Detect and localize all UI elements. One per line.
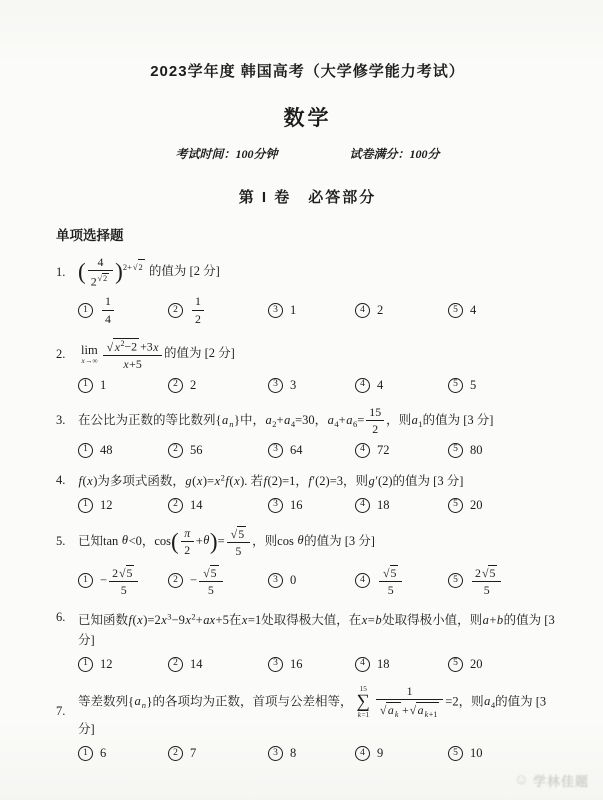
option-value: 2√55 (470, 565, 503, 597)
option-value: 14 (100, 295, 116, 325)
option-marker: 3 (268, 657, 283, 672)
exam-meta: 考试时间：100分钟 试卷满分：100分 (56, 145, 559, 162)
q3-option-1: 148 (78, 443, 168, 458)
option-value: 72 (377, 443, 390, 458)
option-marker: 3 (268, 378, 283, 393)
options-row: 112214316418520 (56, 498, 559, 513)
q4-option-2: 214 (168, 498, 268, 513)
options-row: 1122334455 (56, 378, 559, 393)
option-value: 80 (470, 443, 483, 458)
q1-option-4: 42 (355, 303, 448, 318)
q1-option-2: 212 (168, 295, 268, 325)
question-stem-row: 4. f(x)为多项式函数，g(x)=x2f(x). 若f(2)=1，f′(2)… (56, 471, 559, 491)
question-stem-row: 7. 等差数列{an}的各项均为正数，首项与公差相等，15∑k=11√ak+√a… (56, 685, 559, 740)
question-stem-row: 5. 已知tan θ<0，cos(π2+θ)=√55，则cos θ的值为 [3 … (56, 526, 559, 558)
option-marker: 3 (268, 303, 283, 318)
option-marker: 2 (168, 573, 183, 588)
option-value: 18 (377, 498, 390, 513)
option-value: 14 (190, 657, 203, 672)
option-value: 3 (290, 378, 296, 393)
question-4: 4. f(x)为多项式函数，g(x)=x2f(x). 若f(2)=1，f′(2)… (56, 471, 559, 513)
question-stem: 在公比为正数的等比数列{an}中，a2+a4=30，a4+a6=152，则a1的… (78, 406, 559, 436)
q4-option-4: 418 (355, 498, 448, 513)
question-7: 7. 等差数列{an}的各项均为正数，首项与公差相等，15∑k=11√ak+√a… (56, 685, 559, 762)
q2-option-4: 44 (355, 378, 448, 393)
option-marker: 5 (448, 303, 463, 318)
option-marker: 3 (268, 746, 283, 761)
exam-title: 2023学年度 韩国高考（大学修学能力考试） (56, 60, 559, 81)
option-value: 16 (290, 498, 303, 513)
question-number: 7. (56, 704, 78, 719)
q6-option-1: 112 (78, 657, 168, 672)
option-value: 10 (470, 746, 483, 761)
option-value: 0 (290, 573, 296, 588)
question-stem: 等差数列{an}的各项均为正数，首项与公差相等，15∑k=11√ak+√ak+1… (78, 685, 559, 740)
q3-option-5: 580 (448, 443, 483, 458)
question-number: 1. (56, 265, 78, 280)
option-marker: 2 (168, 657, 183, 672)
option-marker: 2 (168, 378, 183, 393)
option-value: 2 (377, 303, 383, 318)
question-number: 5. (56, 534, 78, 549)
question-2: 2. limx→∞√x2−2+3xx+5的值为 [2 分] 1122334455 (56, 338, 559, 392)
q2-option-1: 11 (78, 378, 168, 393)
option-marker: 2 (168, 746, 183, 761)
option-value: 9 (377, 746, 383, 761)
exam-page: 2023学年度 韩国高考（大学修学能力考试） 数学 考试时间：100分钟 试卷满… (0, 0, 603, 800)
option-marker: 5 (448, 498, 463, 513)
question-6: 6. 已知函数f(x)=2x3−9x2+ax+5在x=1处取得极大值，在x=b处… (56, 610, 559, 672)
q5-option-4: 4√55 (355, 565, 448, 597)
option-value: 7 (190, 746, 196, 761)
question-stem: limx→∞√x2−2+3xx+5的值为 [2 分] (78, 338, 559, 370)
question-stem: 已知函数f(x)=2x3−9x2+ax+5在x=1处取得极大值，在x=b处取得极… (78, 610, 559, 650)
q7-option-5: 510 (448, 746, 483, 761)
option-marker: 3 (268, 443, 283, 458)
option-marker: 1 (78, 573, 93, 588)
options-row: 16273849510 (56, 746, 559, 761)
q7-option-2: 27 (168, 746, 268, 761)
q6-option-4: 418 (355, 657, 448, 672)
option-value: 1 (290, 303, 296, 318)
question-5: 5. 已知tan θ<0，cos(π2+θ)=√55，则cos θ的值为 [3 … (56, 526, 559, 597)
option-marker: 5 (448, 378, 463, 393)
option-value: −√55 (190, 565, 225, 597)
option-value: −2√55 (100, 565, 140, 597)
q5-option-2: 2−√55 (168, 565, 268, 597)
question-stem: f(x)为多项式函数，g(x)=x2f(x). 若f(2)=1，f′(2)=3，… (78, 471, 559, 491)
q3-option-3: 364 (268, 443, 355, 458)
option-value: 16 (290, 657, 303, 672)
question-3: 3. 在公比为正数的等比数列{an}中，a2+a4=30，a4+a6=152，则… (56, 406, 559, 458)
question-number: 4. (56, 473, 78, 488)
question-stem: (42√2)2+√2 的值为 [2 分] (78, 256, 559, 288)
exam-time: 考试时间：100分钟 (175, 145, 277, 162)
q4-option-1: 112 (78, 498, 168, 513)
option-marker: 2 (168, 443, 183, 458)
option-marker: 4 (355, 443, 370, 458)
option-marker: 4 (355, 498, 370, 513)
watermark-text: 学林佳题 (533, 771, 589, 790)
q7-option-1: 16 (78, 746, 168, 761)
option-marker: 4 (355, 378, 370, 393)
full-score: 试卷满分：100分 (350, 145, 440, 162)
option-marker: 2 (168, 498, 183, 513)
q1-option-5: 54 (448, 303, 476, 318)
option-value: 12 (100, 657, 113, 672)
option-value: 64 (290, 443, 303, 458)
option-marker: 5 (448, 657, 463, 672)
q7-option-4: 49 (355, 746, 448, 761)
question-stem: 已知tan θ<0，cos(π2+θ)=√55，则cos θ的值为 [3 分] (78, 526, 559, 558)
option-value: 12 (190, 295, 206, 325)
question-stem-row: 2. limx→∞√x2−2+3xx+5的值为 [2 分] (56, 338, 559, 370)
option-marker: 1 (78, 498, 93, 513)
options-row: 148256364472580 (56, 443, 559, 458)
option-value: 8 (290, 746, 296, 761)
q5-option-5: 52√55 (448, 565, 503, 597)
question-stem-row: 3. 在公比为正数的等比数列{an}中，a2+a4=30，a4+a6=152，则… (56, 406, 559, 436)
q1-option-1: 114 (78, 295, 168, 325)
option-marker: 2 (168, 303, 183, 318)
options-row: 1−2√552−√55304√5552√55 (56, 565, 559, 597)
q7-option-3: 38 (268, 746, 355, 761)
option-marker: 5 (448, 746, 463, 761)
option-value: 18 (377, 657, 390, 672)
option-marker: 5 (448, 443, 463, 458)
question-1: 1. (42√2)2+√2 的值为 [2 分] 114212314254 (56, 256, 559, 325)
option-value: 56 (190, 443, 203, 458)
question-stem-row: 1. (42√2)2+√2 的值为 [2 分] (56, 256, 559, 288)
option-marker: 4 (355, 746, 370, 761)
subject-title: 数学 (56, 102, 559, 132)
option-marker: 1 (78, 746, 93, 761)
q6-option-3: 316 (268, 657, 355, 672)
q2-option-5: 55 (448, 378, 476, 393)
question-number: 3. (56, 413, 78, 428)
q6-option-5: 520 (448, 657, 483, 672)
option-marker: 5 (448, 573, 463, 588)
watermark: ☺ 学林佳题 (514, 771, 589, 790)
q1-option-3: 31 (268, 303, 355, 318)
subsection-title: 单项选择题 (56, 224, 559, 244)
option-value: 20 (470, 498, 483, 513)
q5-option-3: 30 (268, 573, 355, 588)
option-value: 12 (100, 498, 113, 513)
option-value: 48 (100, 443, 113, 458)
questions-list: 1. (42√2)2+√2 的值为 [2 分] 114212314254 2. … (56, 256, 559, 761)
option-value: 6 (100, 746, 106, 761)
question-number: 2. (56, 347, 78, 362)
question-number: 6. (56, 610, 78, 625)
option-marker: 3 (268, 498, 283, 513)
option-value: 5 (470, 378, 476, 393)
option-value: 14 (190, 498, 203, 513)
q2-option-3: 33 (268, 378, 355, 393)
section-header: 第 I 卷 必答部分 (56, 186, 559, 207)
option-marker: 1 (78, 657, 93, 672)
option-value: 4 (377, 378, 383, 393)
option-value: √55 (377, 565, 404, 597)
option-marker: 4 (355, 303, 370, 318)
options-row: 114212314254 (56, 295, 559, 325)
options-row: 112214316418520 (56, 657, 559, 672)
q3-option-4: 472 (355, 443, 448, 458)
q5-option-1: 1−2√55 (78, 565, 168, 597)
q4-option-5: 520 (448, 498, 483, 513)
q6-option-2: 214 (168, 657, 268, 672)
option-value: 20 (470, 657, 483, 672)
option-value: 1 (100, 378, 106, 393)
option-marker: 1 (78, 378, 93, 393)
question-stem-row: 6. 已知函数f(x)=2x3−9x2+ax+5在x=1处取得极大值，在x=b处… (56, 610, 559, 650)
option-marker: 1 (78, 303, 93, 318)
option-value: 2 (190, 378, 196, 393)
q4-option-3: 316 (268, 498, 355, 513)
option-value: 4 (470, 303, 476, 318)
option-marker: 3 (268, 573, 283, 588)
option-marker: 4 (355, 657, 370, 672)
q2-option-2: 22 (168, 378, 268, 393)
option-marker: 4 (355, 573, 370, 588)
option-marker: 1 (78, 443, 93, 458)
q3-option-2: 256 (168, 443, 268, 458)
smiley-doodle-icon: ☺ (512, 770, 532, 790)
